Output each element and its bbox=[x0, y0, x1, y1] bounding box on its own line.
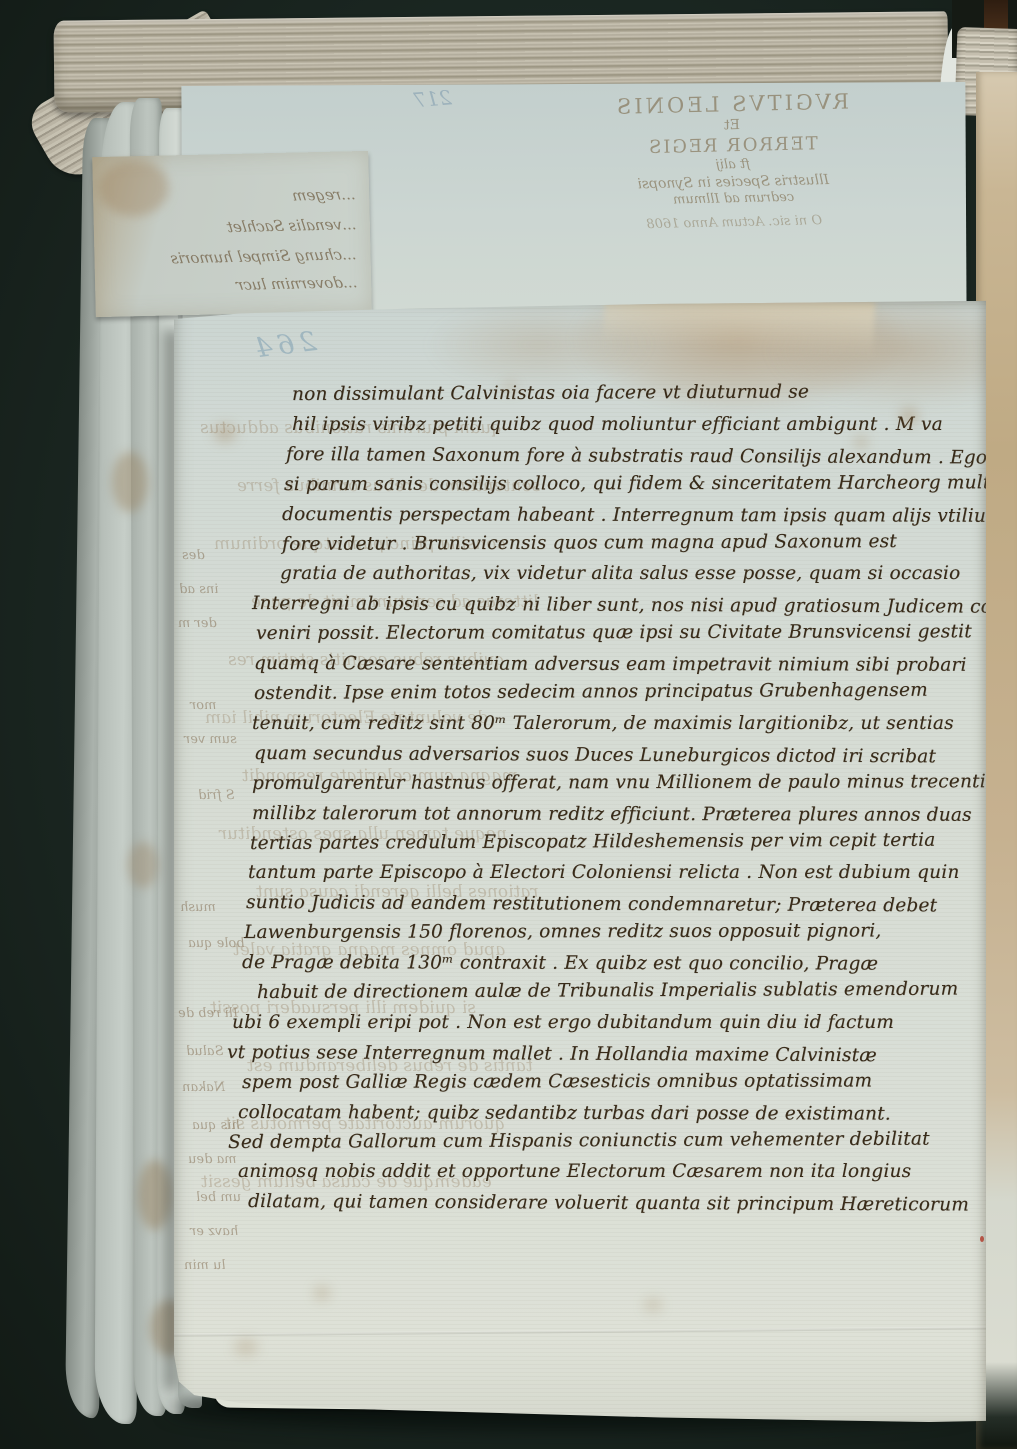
fragment-stain bbox=[98, 159, 169, 217]
manuscript-page: 264 quam plurimis rationibus adductussen… bbox=[174, 300, 986, 1422]
bleedthrough-title-block: RVGITVS LEONIS Et TERROR REGIS ft alij I… bbox=[526, 87, 939, 237]
page-edge-shading bbox=[174, 300, 986, 1422]
bleedthrough-title-line: O ni sic. Actum Anno 1608 bbox=[529, 211, 939, 237]
upper-folio-number-reversed: 217 bbox=[413, 85, 453, 112]
edge-stain bbox=[112, 452, 148, 512]
paper-fragment: ...regem ...venalis Sachlet ...chung Sim… bbox=[92, 151, 372, 317]
fragment-bleed-line: ...dovernim lucr bbox=[235, 273, 358, 294]
fragment-bleed-line: ...regem bbox=[291, 185, 356, 204]
fragment-bleed-line: ...chung Simpel humoris bbox=[170, 245, 358, 267]
archive-photo: 217 RVGITVS LEONIS Et TERROR REGIS ft al… bbox=[0, 0, 1017, 1449]
edge-stain bbox=[128, 842, 158, 888]
fragment-bleed-line: ...venalis Sachlet bbox=[225, 215, 357, 236]
